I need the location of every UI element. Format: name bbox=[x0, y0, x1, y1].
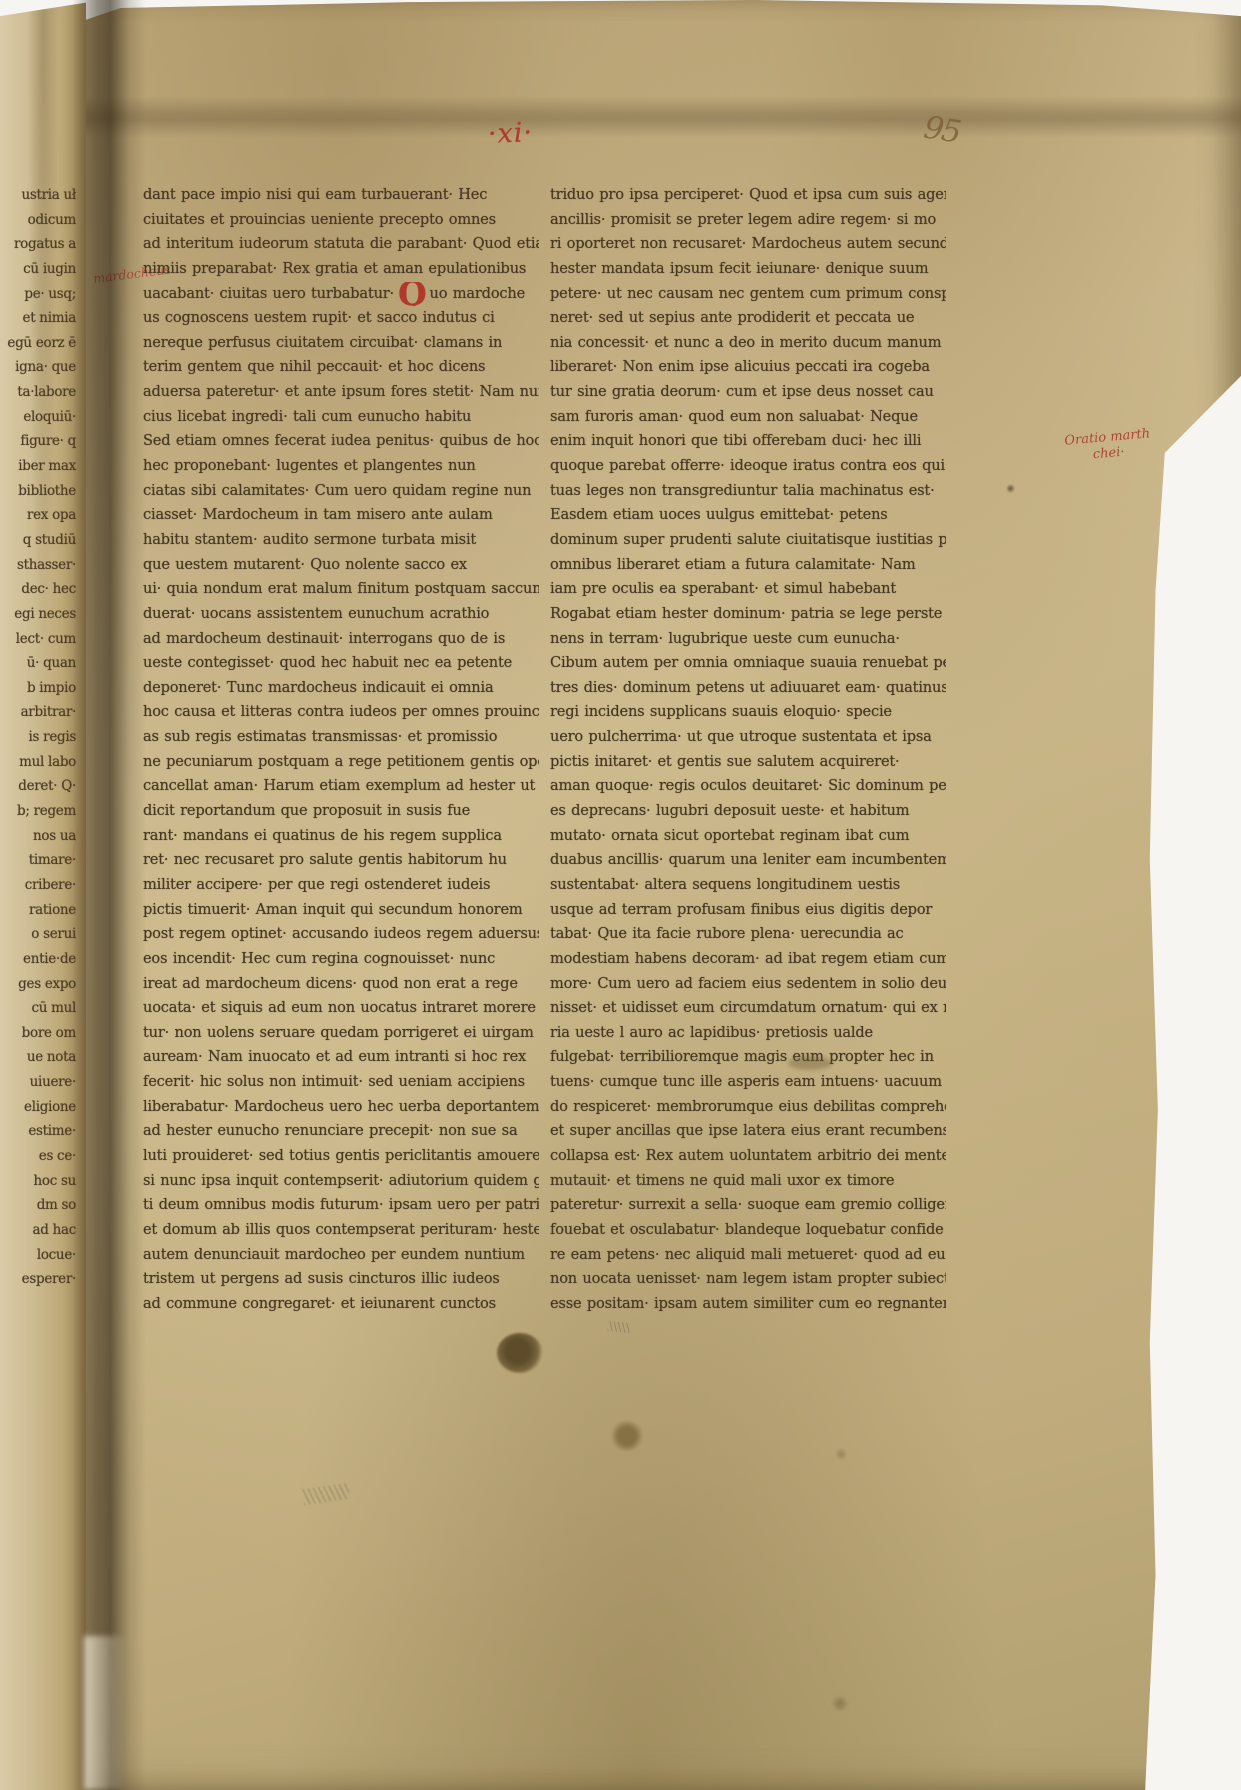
manuscript-line: pateretur· surrexit a sella· suoque eam … bbox=[550, 1193, 946, 1218]
manuscript-line: collapsa est· Rex autem uoluntatem arbit… bbox=[550, 1144, 946, 1169]
facing-page-line-fragment: sthasser· bbox=[0, 553, 84, 578]
facing-page-line-fragment: estime· bbox=[0, 1119, 84, 1144]
facing-page-line-fragment: q studiū bbox=[0, 528, 84, 553]
facing-page-line-fragment: deret· Q· bbox=[0, 774, 84, 799]
facing-page-line-fragment: iber max bbox=[0, 454, 84, 479]
manuscript-line: Rogabat etiam hester dominum· patria se … bbox=[550, 602, 946, 627]
manuscript-line: triduo pro ipsa perciperet· Quod et ipsa… bbox=[550, 183, 946, 208]
manuscript-line: nereque perfusus ciuitatem circuibat· cl… bbox=[143, 331, 539, 356]
manuscript-line: terim gentem que nihil peccauit· et hoc … bbox=[143, 355, 539, 380]
facing-page-line-fragment: ustria uł bbox=[0, 183, 84, 208]
manuscript-line: cius licebat ingredi· tali cum eunucho h… bbox=[143, 405, 539, 430]
manuscript-line: habitu stantem· audito sermone turbata m… bbox=[143, 528, 539, 553]
erasure-smudge bbox=[788, 1056, 832, 1070]
manuscript-line: liberabatur· Mardocheus uero hec uerba d… bbox=[143, 1095, 539, 1120]
facing-page-line-fragment: lect· cum bbox=[0, 627, 84, 652]
manuscript-line: ad hester eunucho renunciare precepit· n… bbox=[143, 1119, 539, 1144]
facing-page-line-fragment: eligione bbox=[0, 1095, 84, 1120]
chapter-number-rubric: ·xi· bbox=[487, 117, 533, 150]
manuscript-line: duerat· uocans assistentem eunuchum acra… bbox=[143, 602, 539, 627]
facing-page-line-fragment: es ce· bbox=[0, 1144, 84, 1169]
manuscript-line: ret· nec recusaret pro salute gentis hab… bbox=[143, 848, 539, 873]
manuscript-line: ciasset· Mardocheum in tam misero ante a… bbox=[143, 503, 539, 528]
text-column-left: dant pace impio nisi qui eam turbauerant… bbox=[143, 183, 539, 1316]
manuscript-line: enim inquit honori que tibi offerebam du… bbox=[550, 429, 946, 454]
manuscript-line: as sub regis estimatas transmissas· et p… bbox=[143, 725, 539, 750]
manuscript-line: Easdem etiam uoces uulgus emittebat· pet… bbox=[550, 503, 946, 528]
line-text: uo mardoche bbox=[430, 285, 525, 302]
manuscript-line: nia concessit· et nunc a deo in merito d… bbox=[550, 331, 946, 356]
ink-speck bbox=[1006, 484, 1015, 493]
manuscript-line: tres dies· dominum petens ut adiuuaret e… bbox=[550, 676, 946, 701]
facing-page-line-fragment: mul labo bbox=[0, 750, 84, 775]
pen-trial-scribble bbox=[302, 1483, 350, 1505]
manuscript-photo: ustria ułodicumrogatus acū iuginpe· usq;… bbox=[0, 0, 1241, 1790]
manuscript-line: uero pulcherrima· ut que utroque sustent… bbox=[550, 725, 946, 750]
facing-page-line-fragment: ta·labore bbox=[0, 380, 84, 405]
facing-page-line-fragment: bibliothe bbox=[0, 479, 84, 504]
gutter-page-edges-highlight bbox=[84, 1636, 128, 1790]
manuscript-line: tristem ut pergens ad susis cincturos il… bbox=[143, 1267, 539, 1292]
manuscript-line: ciatas sibi calamitates· Cum uero quidam… bbox=[143, 479, 539, 504]
facing-page-line-fragment: locue· bbox=[0, 1243, 84, 1268]
manuscript-line: ciuitates et prouincias ueniente precept… bbox=[143, 208, 539, 233]
manuscript-line: mutauit· et timens ne quid mali uxor ex … bbox=[550, 1169, 946, 1194]
manuscript-line: si nunc ipsa inquit contempserit· adiuto… bbox=[143, 1169, 539, 1194]
manuscript-line: esse positam· ipsam autem similiter cum … bbox=[550, 1292, 946, 1317]
facing-page-line-fragment: b impio bbox=[0, 676, 84, 701]
facing-page-line-fragment: ū· quan bbox=[0, 651, 84, 676]
manuscript-line: deponeret· Tunc mardocheus indicauit ei … bbox=[143, 676, 539, 701]
facing-page-line-fragment: odicum bbox=[0, 208, 84, 233]
manuscript-line: nimiis preparabat· Rex gratia et aman ep… bbox=[143, 257, 539, 282]
manuscript-line: que uestem mutarent· Quo nolente sacco e… bbox=[143, 553, 539, 578]
manuscript-line: hester mandata ipsum fecit ieiunare· den… bbox=[550, 257, 946, 282]
manuscript-line: sam furoris aman· quod eum non saluabat·… bbox=[550, 405, 946, 430]
facing-page-line-fragment: uiuere· bbox=[0, 1070, 84, 1095]
manuscript-line: ri oporteret non recusaret· Mardocheus a… bbox=[550, 232, 946, 257]
margin-note-oratio-mardochei: Oratio marth chei· bbox=[1047, 425, 1169, 467]
folio-number: 95 bbox=[921, 109, 962, 150]
manuscript-line: aduersa pateretur· et ante ipsum fores s… bbox=[143, 380, 539, 405]
facing-page-line-fragment: ges expo bbox=[0, 972, 84, 997]
manuscript-line: ne pecuniarum postquam a rege petitionem… bbox=[143, 750, 539, 775]
ink-stain-small bbox=[834, 1448, 848, 1460]
facing-page-line-fragment: b; regem bbox=[0, 799, 84, 824]
manuscript-line: dicit reportandum que proposuit in susis… bbox=[143, 799, 539, 824]
manuscript-line: et super ancillas que ipse latera eius e… bbox=[550, 1119, 946, 1144]
manuscript-line: autem denunciauit mardocheo per eundem n… bbox=[143, 1243, 539, 1268]
manuscript-line: regi incidens supplicans suauis eloquio·… bbox=[550, 700, 946, 725]
manuscript-line: do respiceret· membrorumque eius debilit… bbox=[550, 1095, 946, 1120]
manuscript-line: ui· quia nondum erat malum finitum postq… bbox=[143, 577, 539, 602]
facing-page-line-fragment: cū mul bbox=[0, 996, 84, 1021]
facing-page-line-fragment: rogatus a bbox=[0, 232, 84, 257]
facing-page-line-fragment: rex opa bbox=[0, 503, 84, 528]
faint-red-marginal-mark bbox=[70, 828, 88, 862]
manuscript-line: uocata· et siquis ad eum non uocatus int… bbox=[143, 996, 539, 1021]
ink-stain-medium bbox=[610, 1421, 644, 1451]
manuscript-line: dominum super prudenti salute ciuitatisq… bbox=[550, 528, 946, 553]
manuscript-line: tabat· Que ita facie rubore plena· uerec… bbox=[550, 922, 946, 947]
facing-page-line-fragments: ustria ułodicumrogatus acū iuginpe· usq;… bbox=[0, 183, 84, 1292]
manuscript-line: tuens· cumque tunc ille asperis eam intu… bbox=[550, 1070, 946, 1095]
facing-page-line-fragment: dm so bbox=[0, 1193, 84, 1218]
manuscript-line: ad interitum iudeorum statuta die paraba… bbox=[143, 232, 539, 257]
facing-page-line-fragment: hoc su bbox=[0, 1169, 84, 1194]
manuscript-line: cancellat aman· Harum etiam exemplum ad … bbox=[143, 774, 539, 799]
manuscript-line: tur sine gratia deorum· cum et ipse deus… bbox=[550, 380, 946, 405]
manuscript-line: mutato· ornata sicut oportebat reginam i… bbox=[550, 824, 946, 849]
manuscript-line: ad commune congregaret· et ieiunarent cu… bbox=[143, 1292, 539, 1317]
manuscript-line: eos incendit· Hec cum regina cognouisset… bbox=[143, 947, 539, 972]
line-text: uacabant· ciuitas uero turbabatur· bbox=[143, 285, 394, 302]
manuscript-line: fouebat et osculabatur· blandeque loqueb… bbox=[550, 1218, 946, 1243]
manuscript-line: et domum ab illis quos contempserat peri… bbox=[143, 1218, 539, 1243]
manuscript-line: fulgebat· terribilioremque magis eum pro… bbox=[550, 1045, 946, 1070]
manuscript-line: auream· Nam inuocato et ad eum intranti … bbox=[143, 1045, 539, 1070]
manuscript-line: ancillis· promisit se preter legem adire… bbox=[550, 208, 946, 233]
manuscript-line: liberaret· Non enim ipse alicuius peccat… bbox=[550, 355, 946, 380]
text-column-right: triduo pro ipsa perciperet· Quod et ipsa… bbox=[550, 183, 946, 1316]
manuscript-line: rant· mandans ei quatinus de his regem s… bbox=[143, 824, 539, 849]
manuscript-line: luti prouideret· sed totius gentis peric… bbox=[143, 1144, 539, 1169]
facing-page-line-fragment: esperer· bbox=[0, 1267, 84, 1292]
manuscript-line: Sed etiam omnes fecerat iudea penitus· q… bbox=[143, 429, 539, 454]
manuscript-line: petere· ut nec causam nec gentem cum pri… bbox=[550, 282, 946, 307]
manuscript-line: duabus ancillis· quarum una leniter eam … bbox=[550, 848, 946, 873]
manuscript-line: sustentabat· altera sequens longitudinem… bbox=[550, 873, 946, 898]
manuscript-line: us cognoscens uestem rupit· et sacco ind… bbox=[143, 306, 539, 331]
manuscript-line: usque ad terram profusam finibus eius di… bbox=[550, 898, 946, 923]
rubricated-initial-q: Q bbox=[398, 282, 427, 307]
facing-page-line-fragment: figure· q bbox=[0, 429, 84, 454]
facing-page-line-fragment: bore om bbox=[0, 1021, 84, 1046]
manuscript-line: fecerit· hic solus non intimuit· sed uen… bbox=[143, 1070, 539, 1095]
facing-page-line-fragment: cū iugin bbox=[0, 257, 84, 282]
facing-page-line-fragment: o serui bbox=[0, 922, 84, 947]
facing-page-line-fragment: egū eorz ē bbox=[0, 331, 84, 356]
manuscript-line: pictis initaret· et gentis sue salutem a… bbox=[550, 750, 946, 775]
facing-page-line-fragment: entie·de bbox=[0, 947, 84, 972]
manuscript-line: nisset· et uidisset eum circumdatum orna… bbox=[550, 996, 946, 1021]
manuscript-line: nens in terram· lugubrique ueste cum eun… bbox=[550, 627, 946, 652]
facing-page-line-fragment: dec· hec bbox=[0, 577, 84, 602]
manuscript-line: militer accipere· per que regi ostendere… bbox=[143, 873, 539, 898]
manuscript-line: ueste contegisset· quod hec habuit nec e… bbox=[143, 651, 539, 676]
manuscript-line: quoque parebat offerre· ideoque iratus c… bbox=[550, 454, 946, 479]
facing-page-line-fragment: ratione bbox=[0, 898, 84, 923]
facing-page-line-fragment: is regis bbox=[0, 725, 84, 750]
manuscript-line: re eam petens· nec aliquid mali metueret… bbox=[550, 1243, 946, 1268]
manuscript-leaf: ·xi· 95 mardocheus· Oratio marth chei· d… bbox=[86, 0, 1241, 1790]
manuscript-line: post regem optinet· accusando iudeos reg… bbox=[143, 922, 539, 947]
manuscript-line: hoc causa et litteras contra iudeos per … bbox=[143, 700, 539, 725]
facing-page-line-fragment: pe· usq; bbox=[0, 282, 84, 307]
pen-trial-mark bbox=[608, 1321, 631, 1333]
facing-page-line-fragment: ad hac bbox=[0, 1218, 84, 1243]
facing-page-line-fragment: et nimia bbox=[0, 306, 84, 331]
manuscript-line: ireat ad mardocheum dicens· quod non era… bbox=[143, 972, 539, 997]
manuscript-line: hec proponebant· lugentes et plangentes … bbox=[143, 454, 539, 479]
manuscript-line: ti deum omnibus modis futurum· ipsam uer… bbox=[143, 1193, 539, 1218]
manuscript-line: neret· sed ut sepius ante prodiderit et … bbox=[550, 306, 946, 331]
facing-page-line-fragment: ue nota bbox=[0, 1045, 84, 1070]
manuscript-line: dant pace impio nisi qui eam turbauerant… bbox=[143, 183, 539, 208]
facing-page-sliver: ustria ułodicumrogatus acū iuginpe· usq;… bbox=[0, 0, 86, 1790]
manuscript-line: tuas leges non transgrediuntur talia mac… bbox=[550, 479, 946, 504]
facing-page-line-fragment: egi neces bbox=[0, 602, 84, 627]
manuscript-line: modestiam habens decoram· ad ibat regem … bbox=[550, 947, 946, 972]
manuscript-line: ad mardocheum destinauit· interrogans qu… bbox=[143, 627, 539, 652]
manuscript-line: non uocata uenisset· nam legem istam pro… bbox=[550, 1267, 946, 1292]
manuscript-line: uacabant· ciuitas uero turbabatur·Quo ma… bbox=[143, 282, 539, 307]
manuscript-line: Cibum autem per omnia omniaque suauia re… bbox=[550, 651, 946, 676]
manuscript-line: pictis timuerit· Aman inquit qui secundu… bbox=[143, 898, 539, 923]
manuscript-line: iam pre oculis ea sperabant· et simul ha… bbox=[550, 577, 946, 602]
manuscript-line: omnibus liberaret etiam a futura calamit… bbox=[550, 553, 946, 578]
manuscript-line: es deprecans· lugubri deposuit ueste· et… bbox=[550, 799, 946, 824]
facing-page-line-fragment: eloquiū· bbox=[0, 405, 84, 430]
manuscript-line: tur· non uolens seruare quedam porrigere… bbox=[143, 1021, 539, 1046]
manuscript-line: more· Cum uero ad faciem eius sedentem i… bbox=[550, 972, 946, 997]
ink-stain-large bbox=[497, 1333, 543, 1373]
facing-page-line-fragment: cribere· bbox=[0, 873, 84, 898]
manuscript-line: ria ueste l auro ac lapidibus· pretiosis… bbox=[550, 1021, 946, 1046]
ink-stain-bottom bbox=[830, 1696, 850, 1711]
facing-page-line-fragment: igna· que bbox=[0, 355, 84, 380]
facing-page-line-fragment: arbitrar· bbox=[0, 700, 84, 725]
manuscript-line: aman quoque· regis oculos deuitaret· Sic… bbox=[550, 774, 946, 799]
